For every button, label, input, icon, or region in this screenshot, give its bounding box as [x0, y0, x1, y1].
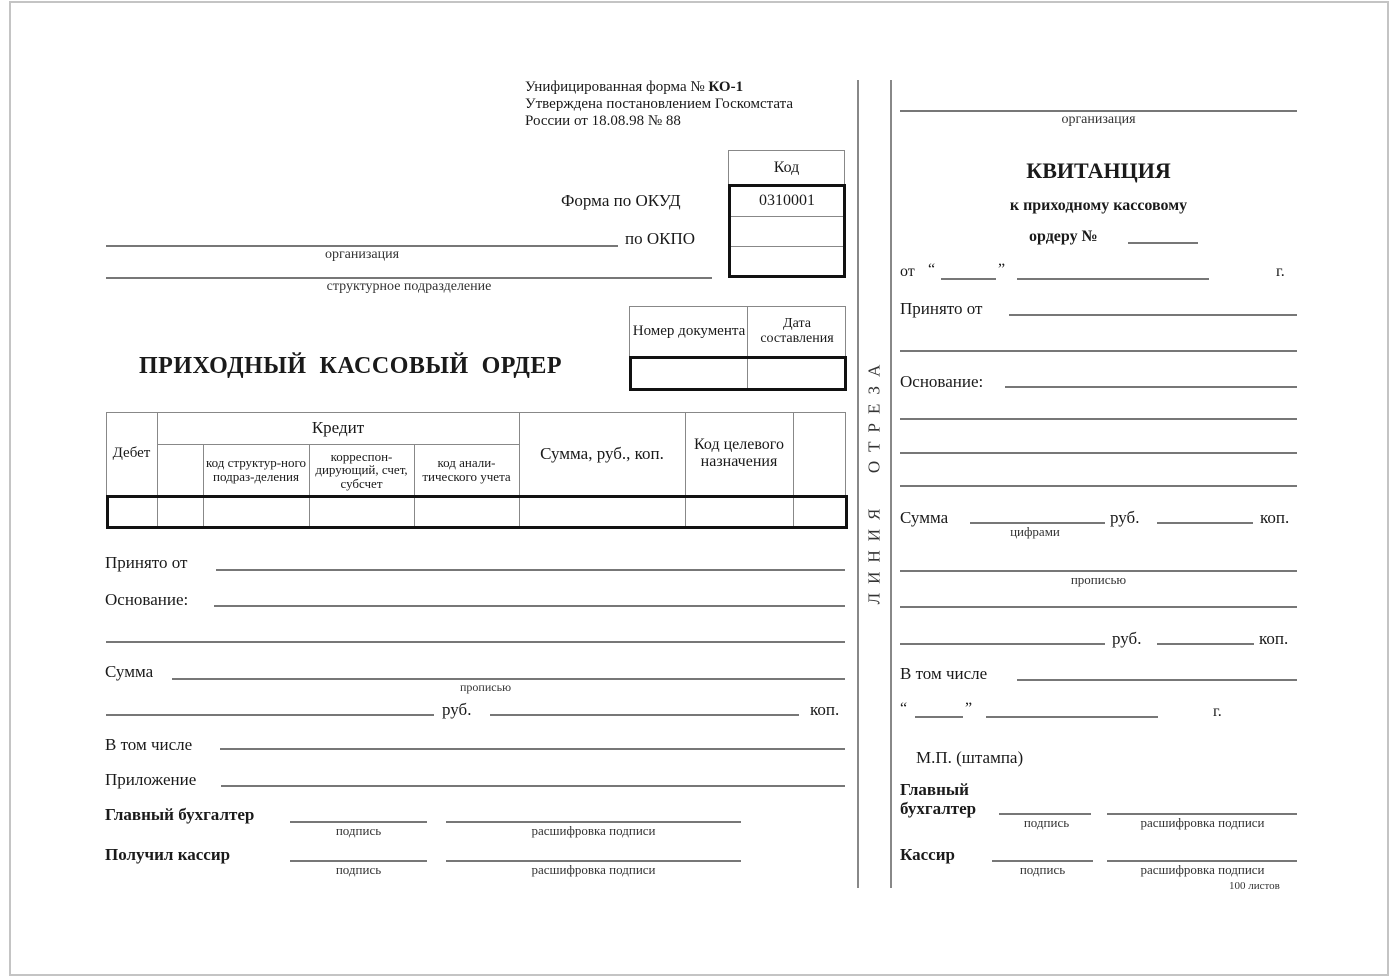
debit-header: Дебет [107, 413, 156, 495]
purpose-code-header: Код целевого назначения [686, 413, 792, 495]
receipt-received-from-field[interactable] [1009, 314, 1297, 316]
signature-decoding-caption: расшифровка подписи [446, 823, 741, 839]
receipt-kop-label-2: коп. [1259, 629, 1288, 649]
doc-date-field[interactable] [750, 359, 844, 388]
page-title: ПРИХОДНЫЙ КАССОВЫЙ ОРДЕР [139, 353, 562, 380]
doc-number-header: Номер документа [631, 308, 747, 356]
signature-caption: подпись [290, 823, 427, 839]
subdivision-caption: структурное подразделение [106, 279, 712, 295]
receipt-rub-label: руб. [1110, 508, 1139, 528]
receipt-stamp-label: М.П. (штампа) [916, 748, 1023, 768]
kop-field[interactable] [490, 714, 799, 716]
sum-label: Сумма [105, 662, 153, 682]
in-words-caption: прописью [460, 680, 511, 695]
receipt-order-number-label: ордеру № [1029, 228, 1098, 246]
cut-line-right [890, 80, 892, 888]
rub-label: руб. [442, 700, 471, 720]
received-from-label: Принято от [105, 553, 187, 573]
receipt-month-field[interactable] [1017, 278, 1209, 280]
form-code: КО-1 [708, 79, 743, 95]
receipt-in-digits-caption: цифрами [970, 524, 1100, 540]
receipt-including-field[interactable] [1017, 679, 1297, 681]
receipt-kop-digits-field[interactable] [1157, 522, 1253, 524]
code-header: Код [728, 150, 845, 186]
table-cell-input[interactable] [521, 498, 684, 526]
form-header: Унифицированная форма № КО-1 Утверждена … [525, 79, 793, 130]
table-cell-input[interactable] [795, 498, 845, 526]
receipt-in-words-caption: прописью [900, 572, 1297, 588]
receipt-year-label: г. [1276, 263, 1285, 281]
cut-line-left [857, 80, 859, 888]
receipt-organization-caption: организация [900, 112, 1297, 128]
okpo-value-field[interactable] [731, 218, 843, 246]
receipt-basis-field-3[interactable] [900, 452, 1297, 454]
receipt-basis-field-2[interactable] [900, 418, 1297, 420]
form-name-prefix: Унифицированная форма № [525, 79, 708, 95]
table-cell-input[interactable] [416, 498, 518, 526]
okud-value-field[interactable]: 0310001 [731, 187, 843, 216]
attachment-field[interactable] [221, 785, 845, 787]
including-field[interactable] [220, 748, 845, 750]
okud-label: Форма по ОКУД [561, 191, 681, 211]
receipt-received-from-field-2[interactable] [900, 350, 1297, 352]
basis-label: Основание: [105, 590, 188, 610]
receipt-day-field[interactable] [941, 278, 996, 280]
kop-label: коп. [810, 700, 839, 720]
receipt-year-label-2: г. [1213, 703, 1222, 721]
receipt-rub-words-field[interactable] [900, 643, 1105, 645]
receipt-kop-label: коп. [1260, 508, 1289, 528]
chief-accountant-label: Главный бухгалтер [105, 805, 254, 825]
receipt-kop-words-field[interactable] [1157, 643, 1254, 645]
cashier-received-label: Получил кассир [105, 845, 230, 865]
basis-field-2[interactable] [106, 641, 845, 643]
table-cell-input[interactable] [205, 498, 308, 526]
approval-date-line: России от 18.08.98 № 88 [525, 113, 793, 130]
credit-subheader-3: код анали-тического учета [415, 445, 518, 495]
last-col-header [794, 413, 845, 495]
table-cell-input[interactable] [159, 498, 202, 526]
signature-caption: подпись [290, 862, 427, 878]
receipt-chief-accountant-label: Главный бухгалтер [900, 780, 976, 818]
receipt-decoding-caption: расшифровка подписи [1110, 815, 1295, 831]
receipt-basis-field[interactable] [1005, 386, 1297, 388]
sum-header: Сумма, руб., коп. [520, 413, 684, 495]
receipt-subtitle: к приходному кассовому [900, 197, 1297, 215]
receipt-day-field-2[interactable] [915, 716, 963, 718]
receipt-quote-open: “ [928, 261, 935, 279]
extra-code-field[interactable] [731, 248, 843, 275]
receipt-month-field-2[interactable] [986, 716, 1158, 718]
receipt-rub-label-2: руб. [1112, 629, 1141, 649]
receipt-from-label: от [900, 263, 915, 281]
okpo-label: по ОКПО [625, 229, 695, 249]
receipt-cashier-label: Кассир [900, 845, 955, 865]
receipt-signature-caption: подпись [992, 862, 1093, 878]
table-cell-input[interactable] [311, 498, 413, 526]
rub-field[interactable] [106, 714, 434, 716]
sheets-count: 100 листов [1229, 880, 1280, 892]
doc-number-field[interactable] [632, 359, 746, 388]
basis-field[interactable] [214, 605, 845, 607]
organization-caption: организация [106, 247, 618, 263]
attachment-label: Приложение [105, 770, 196, 790]
table-cell-input[interactable] [108, 498, 156, 526]
receipt-quote-open-2: “ [900, 700, 907, 718]
receipt-decoding-caption: расшифровка подписи [1110, 862, 1295, 878]
credit-subheader-1: код структур-ного подраз-деления [204, 445, 308, 495]
including-label: В том числе [105, 735, 192, 755]
receipt-received-from-label: Принято от [900, 299, 982, 319]
receipt-including-label: В том числе [900, 664, 987, 684]
receipt-sum-label: Сумма [900, 508, 948, 528]
approval-line: Утверждена постановлением Госкомстата [525, 96, 793, 113]
doc-date-header: Дата составления [749, 308, 845, 356]
received-from-field[interactable] [216, 569, 845, 571]
receipt-basis-label: Основание: [900, 372, 983, 392]
receipt-order-number-field[interactable] [1128, 242, 1198, 244]
receipt-title: КВИТАНЦИЯ [900, 158, 1297, 184]
credit-subheader-0 [158, 445, 202, 495]
table-cell-input[interactable] [687, 498, 792, 526]
credit-subheader-2: корреспон-дирующий, счет, субсчет [310, 445, 413, 495]
receipt-quote-close: ” [998, 261, 1005, 279]
receipt-sum-words-field-2[interactable] [900, 606, 1297, 608]
receipt-quote-close-2: ” [965, 700, 972, 718]
credit-header: Кредит [158, 413, 518, 443]
cut-line-label: ЛИНИЯ ОТРЕЗА [861, 330, 887, 630]
receipt-signature-caption: подпись [999, 815, 1094, 831]
receipt-basis-field-4[interactable] [900, 485, 1297, 487]
signature-decoding-caption: расшифровка подписи [446, 862, 741, 878]
